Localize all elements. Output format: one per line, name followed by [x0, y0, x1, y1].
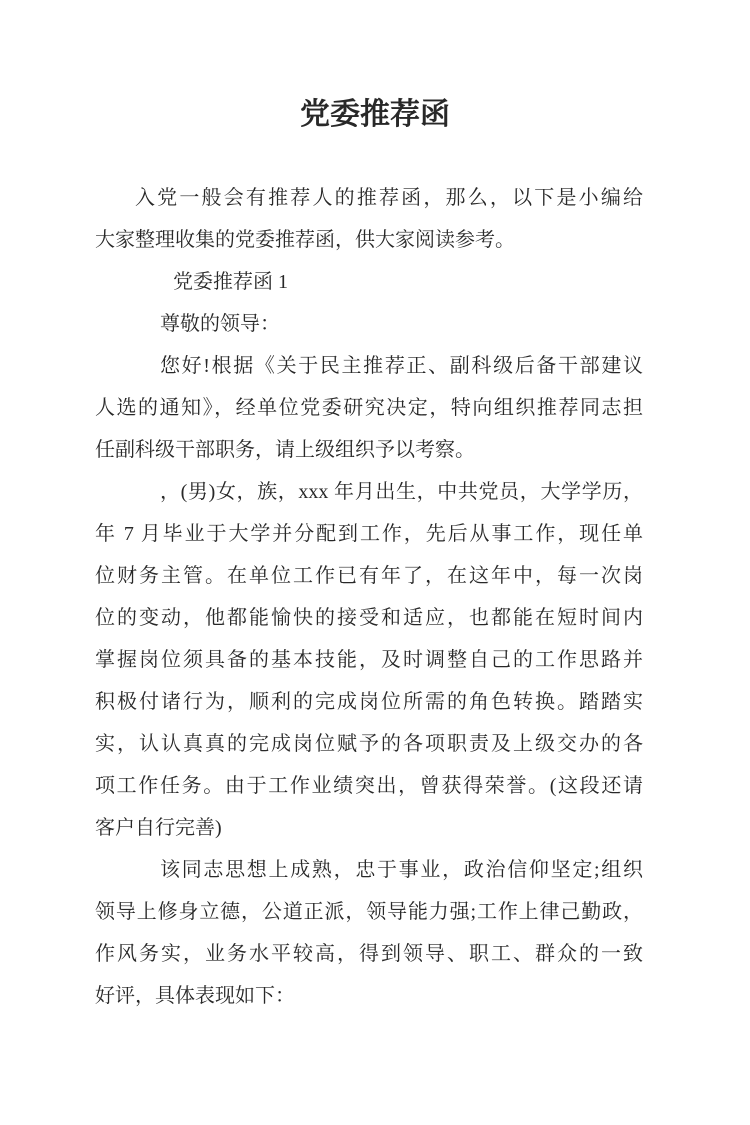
paragraph-profile: ，(男)女，族，xxx 年月出生，中共党员，大学学历， 年 7 月毕业于大学并分… — [95, 471, 643, 849]
text-line: 实，认认真真的完成岗位赋予的各项职责及上级交办的各 — [95, 723, 643, 765]
text-line: 您好!根据《关于民主推荐正、副科级后备干部建议 — [95, 345, 643, 387]
text-line: 人选的通知》，经单位党委研究决定，特向组织推荐同志担 — [95, 387, 643, 429]
text-line: 客户自行完善) — [95, 807, 643, 849]
paragraph-intro: 入党一般会有推荐人的推荐函，那么，以下是小编给 大家整理收集的党委推荐函，供大家… — [95, 177, 643, 261]
paragraph-greeting: 您好!根据《关于民主推荐正、副科级后备干部建议 人选的通知》，经单位党委研究决定… — [95, 345, 643, 471]
text-line: 位的变动，他都能愉快的接受和适应，也都能在短时间内 — [95, 597, 643, 639]
text-line: 领导上修身立德，公道正派，领导能力强;工作上律己勤政， — [95, 891, 643, 933]
text-line: 任副科级干部职务，请上级组织予以考察。 — [95, 429, 643, 471]
text-line: 大家整理收集的党委推荐函，供大家阅读参考。 — [95, 219, 643, 261]
text-line: 该同志思想上成熟，忠于事业，政治信仰坚定;组织 — [95, 849, 643, 891]
text-line: ，(男)女，族，xxx 年月出生，中共党员，大学学历， — [95, 471, 643, 513]
paragraph-salutation: 尊敬的领导： — [95, 303, 643, 345]
document-page: 党委推荐函 入党一般会有推荐人的推荐函，那么，以下是小编给 大家整理收集的党委推… — [0, 0, 750, 1125]
document-body: 入党一般会有推荐人的推荐函，那么，以下是小编给 大家整理收集的党委推荐函，供大家… — [95, 177, 643, 1017]
text-line: 尊敬的领导： — [95, 303, 643, 345]
text-line: 位财务主管。在单位工作已有年了，在这年中，每一次岗 — [95, 555, 643, 597]
text-line: 作风务实，业务水平较高，得到领导、职工、群众的一致 — [95, 933, 643, 975]
paragraph-subheading: 党委推荐函 1 — [95, 261, 643, 303]
paragraph-evaluation: 该同志思想上成熟，忠于事业，政治信仰坚定;组织 领导上修身立德，公道正派，领导能… — [95, 849, 643, 1017]
text-line: 项工作任务。由于工作业绩突出，曾获得荣誉。(这段还请 — [95, 765, 643, 807]
text-line: 党委推荐函 1 — [95, 261, 643, 303]
text-line: 入党一般会有推荐人的推荐函，那么，以下是小编给 — [95, 177, 643, 219]
text-line: 积极付诸行为，顺利的完成岗位所需的角色转换。踏踏实 — [95, 681, 643, 723]
text-line: 掌握岗位须具备的基本技能，及时调整自己的工作思路并 — [95, 639, 643, 681]
text-line: 好评，具体表现如下： — [95, 975, 643, 1017]
text-line: 年 7 月毕业于大学并分配到工作，先后从事工作，现任单 — [95, 513, 643, 555]
document-title: 党委推荐函 — [0, 0, 750, 132]
